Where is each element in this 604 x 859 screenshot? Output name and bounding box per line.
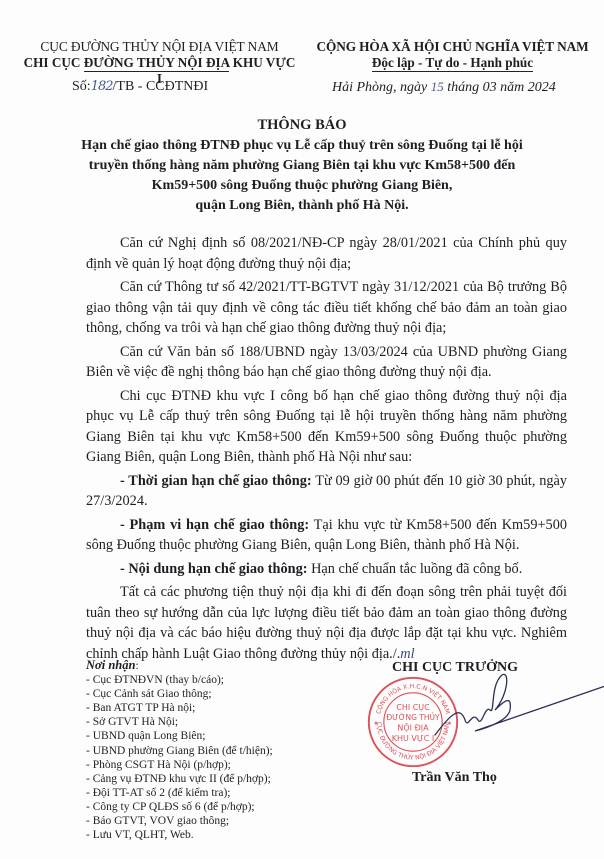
recipients-list: Cục ĐTNĐVN (thay b/cáo); Cục Cảnh sát Gi… xyxy=(86,673,273,842)
list-item: Sở GTVT Hà Nội; xyxy=(86,715,273,729)
recipients-title: Nơi nhận: xyxy=(86,658,273,673)
country-name: CỘNG HÒA XÃ HỘI CHỦ NGHĨA VIỆT NAM xyxy=(305,39,600,55)
svg-text:KHU VỰC I: KHU VỰC I xyxy=(392,734,434,743)
list-item: Cảng vụ ĐTNĐ khu vực II (để p/hợp); xyxy=(86,772,273,786)
recipients-block: Nơi nhận: Cục ĐTNĐVN (thay b/cáo); Cục C… xyxy=(86,658,273,842)
svg-text:NỘI ĐỊA: NỘI ĐỊA xyxy=(397,721,429,733)
legal-basis-3: Căn cứ Văn bản số 188/UBND ngày 13/03/20… xyxy=(86,342,567,383)
place-and-date: Hải Phòng, ngày 15 tháng 03 năm 2024 xyxy=(332,79,556,96)
announcement-paragraph: Chi cục ĐTNĐ khu vực I công bố hạn chế g… xyxy=(86,386,567,468)
svg-text:★: ★ xyxy=(374,720,379,727)
list-item: UBND quận Long Biên; xyxy=(86,729,273,743)
restriction-scope: - Phạm vi hạn chế giao thông: Tại khu vự… xyxy=(86,515,567,556)
handwritten-signature-icon xyxy=(430,665,604,755)
legal-basis-2: Căn cứ Thông tư số 42/2021/TT-BGTVT ngày… xyxy=(86,277,567,339)
list-item: Phòng CSGT Hà Nội (p/hợp); xyxy=(86,758,273,772)
restriction-content: - Nội dung hạn chế giao thông: Hạn chế c… xyxy=(86,559,567,580)
svg-text:CHI CỤC: CHI CỤC xyxy=(396,703,430,712)
parent-agency: CỤC ĐƯỜNG THỦY NỘI ĐỊA VIỆT NAM xyxy=(22,39,297,55)
restriction-time: - Thời gian hạn chế giao thông: Từ 09 gi… xyxy=(86,471,567,512)
list-item: Cục ĐTNĐVN (thay b/cáo); xyxy=(86,673,273,687)
list-item: Báo GTVT, VOV giao thông; xyxy=(86,814,273,828)
handwritten-number: 182 xyxy=(91,79,113,94)
document-body: Căn cứ Nghị định số 08/2021/NĐ-CP ngày 2… xyxy=(86,233,567,667)
national-motto-header: CỘNG HÒA XÃ HỘI CHỦ NGHĨA VIỆT NAM Độc l… xyxy=(305,39,600,71)
document-number: Số:182/TB - CCĐTNĐI xyxy=(72,79,208,95)
national-motto: Độc lập - Tự do - Hạnh phúc xyxy=(305,55,600,71)
list-item: Lưu VT, QLHT, Web. xyxy=(86,828,273,842)
list-item: UBND phường Giang Biên (để t/hiện); xyxy=(86,744,273,758)
list-item: Cục Cảnh sát Giao thông; xyxy=(86,687,273,701)
list-item: Công ty CP QLĐS số 6 (để p/hợp); xyxy=(86,800,273,814)
list-item: Ban ATGT TP Hà nội; xyxy=(86,701,273,715)
list-item: Đội TT-AT số 2 (để kiểm tra); xyxy=(86,786,273,800)
legal-basis-1: Căn cứ Nghị định số 08/2021/NĐ-CP ngày 2… xyxy=(86,233,567,274)
closing-paragraph: Tất cả các phương tiện thuỷ nội địa khi … xyxy=(86,582,567,664)
document-title: THÔNG BÁO xyxy=(0,116,604,135)
handwritten-day: 15 xyxy=(431,79,444,94)
document-subtitle: Hạn chế giao thông ĐTNĐ phục vụ Lễ cấp t… xyxy=(40,136,564,216)
signer-name: Trần Văn Thọ xyxy=(412,770,497,786)
document-page: CỤC ĐƯỜNG THỦY NỘI ĐỊA VIỆT NAM CHI CỤC … xyxy=(0,0,604,859)
